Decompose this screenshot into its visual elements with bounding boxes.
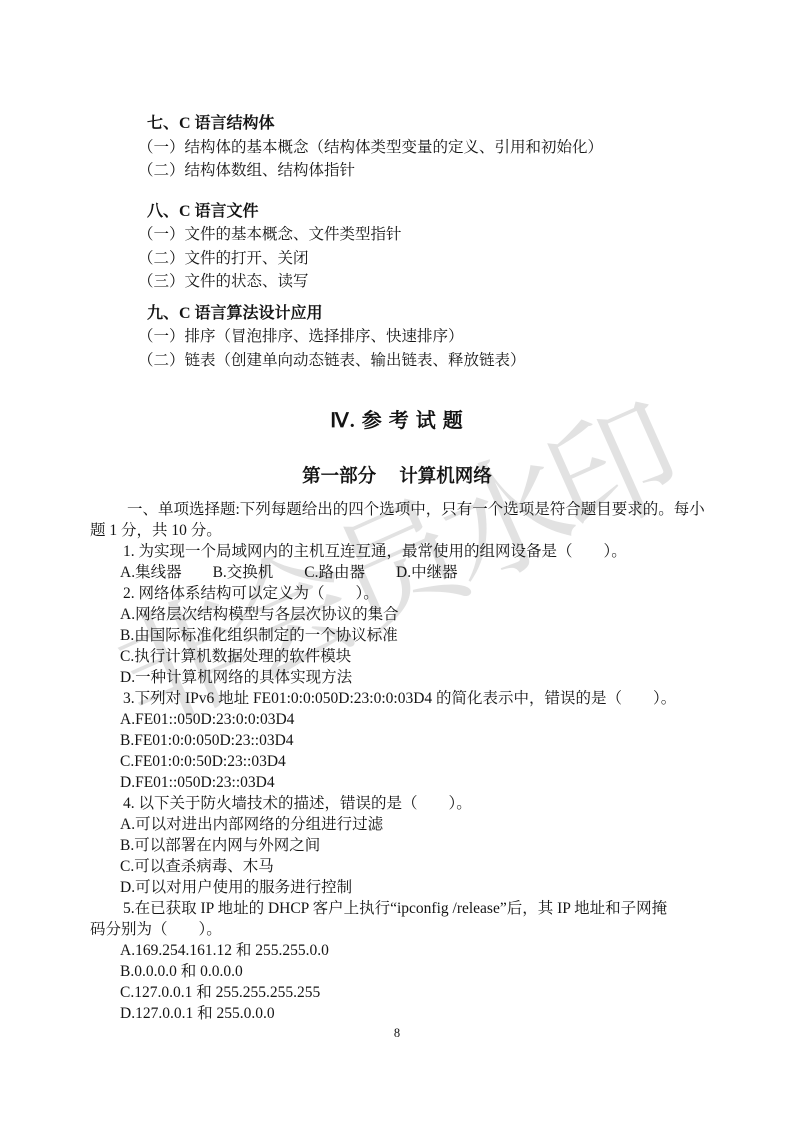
- question-option: D.127.0.0.1 和 255.0.0.0: [90, 1003, 730, 1024]
- outline-section: 八、C 语言文件 （一）文件的基本概念、文件类型指针 （二）文件的打开、关闭 （…: [90, 200, 710, 294]
- outline-item: （二）链表（创建单向动态链表、输出链表、释放链表）: [90, 349, 710, 373]
- syllabus-outline: 七、C 语言结构体 （一）结构体的基本概念（结构体类型变量的定义、引用和初始化）…: [90, 112, 710, 372]
- page-number: 8: [0, 1026, 794, 1041]
- section-intro-line: 一、单项选择题:下列每题给出的四个选项中，只有一个选项是符合题目要求的。每小: [90, 499, 730, 520]
- question-stem: 5.在已获取 IP 地址的 DHCP 客户上执行“ipconfig /relea…: [90, 898, 730, 919]
- outline-section: 九、C 语言算法设计应用 （一）排序（冒泡排序、选择排序、快速排序） （二）链表…: [90, 302, 710, 373]
- question-stem: 3.下列对 IPv6 地址 FE01:0:0:050D:23:0:0:03D4 …: [90, 688, 730, 709]
- question-body: 一、单项选择题:下列每题给出的四个选项中，只有一个选项是符合题目要求的。每小 题…: [90, 499, 730, 1024]
- outline-item: （二）结构体数组、结构体指针: [90, 159, 710, 183]
- outline-section: 七、C 语言结构体 （一）结构体的基本概念（结构体类型变量的定义、引用和初始化）…: [90, 112, 710, 183]
- question-option: B.可以部署在内网与外网之间: [90, 835, 730, 856]
- exam-part-title: 第一部分 计算机网络: [0, 462, 794, 488]
- outline-item: （二）文件的打开、关闭: [90, 247, 710, 271]
- question-option: B.FE01:0:0:050D:23::03D4: [90, 730, 730, 751]
- question-option: D.一种计算机网络的具体实现方法: [90, 667, 730, 688]
- question-option: D.FE01::050D:23::03D4: [90, 772, 730, 793]
- question-option: A.可以对进出内部网络的分组进行过滤: [90, 814, 730, 835]
- question-option: B.0.0.0.0 和 0.0.0.0: [90, 961, 730, 982]
- question-option: B.由国际标准化组织制定的一个协议标准: [90, 625, 730, 646]
- outline-item: （三）文件的状态、读写: [90, 270, 710, 294]
- question-option: C.执行计算机数据处理的软件模块: [90, 646, 730, 667]
- question-option: A.169.254.161.12 和 255.255.0.0: [90, 940, 730, 961]
- question-option: C.FE01:0:0:50D:23::03D4: [90, 751, 730, 772]
- outline-item: （一）文件的基本概念、文件类型指针: [90, 223, 710, 247]
- question-stem: 4. 以下关于防火墙技术的描述，错误的是（ ）。: [90, 793, 730, 814]
- outline-section-title: 八、C 语言文件: [90, 200, 710, 224]
- question-option: A.网络层次结构模型与各层次协议的集合: [90, 604, 730, 625]
- document-page: 非会员水印 七、C 语言结构体 （一）结构体的基本概念（结构体类型变量的定义、引…: [0, 0, 794, 1123]
- exam-main-title: Ⅳ. 参 考 试 题: [0, 404, 794, 433]
- question-stem-continuation: 码分别为（ ）。: [90, 919, 730, 940]
- outline-item: （一）结构体的基本概念（结构体类型变量的定义、引用和初始化）: [90, 136, 710, 160]
- outline-section-title: 九、C 语言算法设计应用: [90, 302, 710, 326]
- question-option: C.可以查杀病毒、木马: [90, 856, 730, 877]
- question-options-inline: A.集线器 B.交换机 C.路由器 D.中继器: [90, 562, 730, 583]
- question-stem: 2. 网络体系结构可以定义为（ ）。: [90, 583, 730, 604]
- outline-item: （一）排序（冒泡排序、选择排序、快速排序）: [90, 325, 710, 349]
- question-option: A.FE01::050D:23:0:0:03D4: [90, 709, 730, 730]
- outline-section-title: 七、C 语言结构体: [90, 112, 710, 136]
- question-option: D.可以对用户使用的服务进行控制: [90, 877, 730, 898]
- question-stem: 1. 为实现一个局域网内的主机互连互通，最常使用的组网设备是（ ）。: [90, 541, 730, 562]
- section-intro-line: 题 1 分，共 10 分。: [90, 520, 730, 541]
- question-option: C.127.0.0.1 和 255.255.255.255: [90, 982, 730, 1003]
